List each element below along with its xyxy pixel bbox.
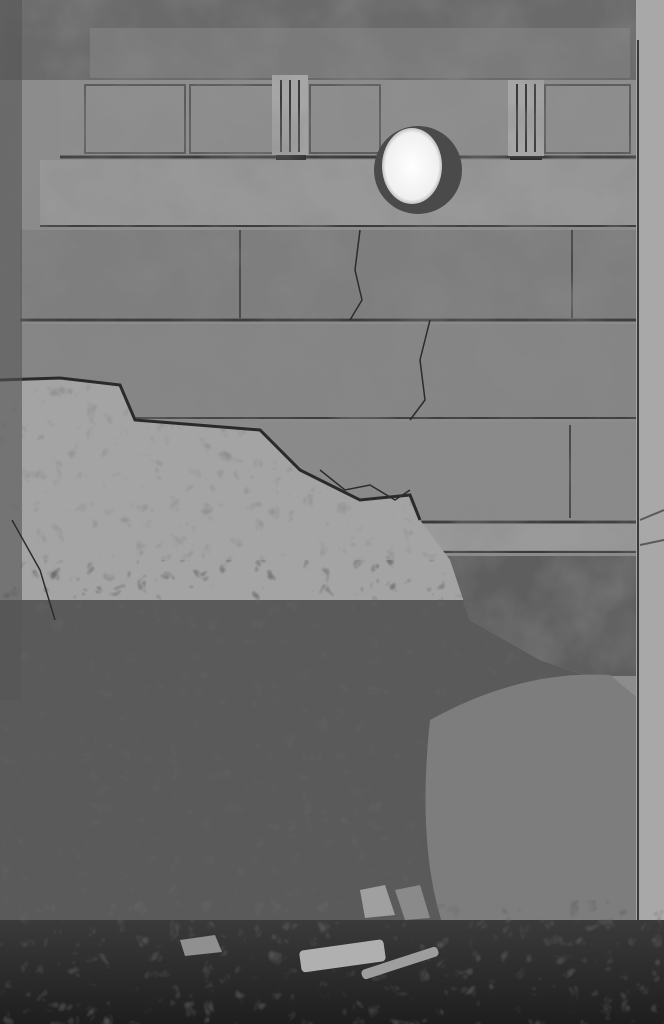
- wall-illustration: [0, 0, 664, 1024]
- wall-photograph: Black-and-white photograph of a ruined R…: [0, 0, 664, 1024]
